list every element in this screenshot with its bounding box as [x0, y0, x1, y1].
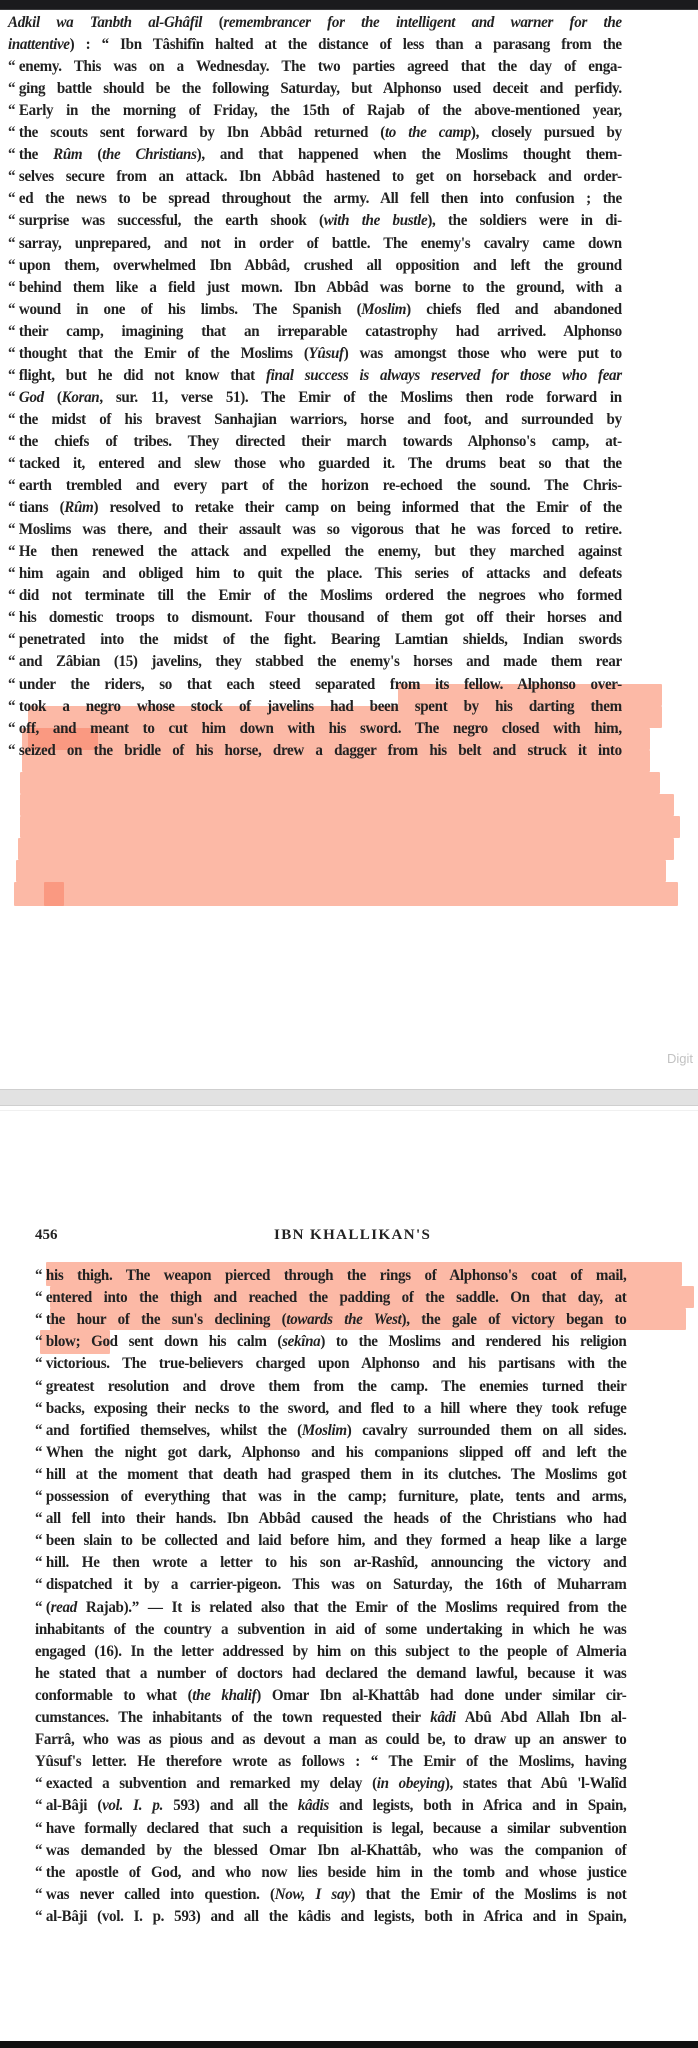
quote-mark: “ — [35, 1863, 42, 1881]
quote-mark: “ — [8, 189, 15, 207]
text-line: Farrâ, who was as pious and as devout a … — [35, 1728, 626, 1750]
text-run: and fortified themselves, whilst the ( — [46, 1421, 302, 1439]
text-run: the scouts sent forward by Ibn Abbâd ret… — [19, 123, 385, 141]
text-line: “God (Koran, sur. 11, verse 51). The Emi… — [8, 386, 622, 408]
text-run: hill at the moment that death had graspe… — [46, 1465, 627, 1483]
italic-text: Adkil wa Tanbth al-Ghâfil — [8, 13, 202, 31]
quote-mark: “ — [35, 1553, 42, 1571]
text-run: the — [19, 145, 53, 163]
quote-mark: “ — [8, 719, 15, 737]
text-run: Moslims was there, and their assault was… — [19, 520, 622, 538]
text-line: “selves secure from an attack. Ibn Abbâd… — [8, 165, 622, 187]
quote-mark: “ — [8, 520, 15, 538]
text-run: ed the news to be spread throughout the … — [19, 189, 622, 207]
quote-mark: “ — [35, 1377, 42, 1395]
text-run: enemy. This was on a Wednesday. The two … — [19, 57, 622, 75]
quote-mark: “ — [8, 586, 15, 604]
text-line: “backs, exposing their necks to the swor… — [35, 1397, 626, 1419]
text-run: flight, but he did not know that — [19, 366, 266, 384]
italic-text: the Christians — [102, 145, 197, 163]
text-line: “took a negro whose stock of javelins ha… — [8, 695, 622, 717]
text-run: the hour of the sun's declining ( — [46, 1310, 286, 1328]
quote-mark: “ — [8, 123, 15, 141]
quote-mark: “ — [8, 366, 15, 384]
text-line: “ging battle should be the following Sat… — [8, 77, 622, 99]
text-line: “hill at the moment that death had grasp… — [35, 1463, 626, 1485]
quote-mark: “ — [35, 1310, 42, 1328]
quote-mark: “ — [35, 1598, 42, 1616]
text-line: “was demanded by the blessed Omar Ibn al… — [35, 1839, 626, 1861]
text-run: the midst of his bravest Sanhajian warri… — [19, 410, 622, 428]
text-line: “entered into the thigh and reached the … — [35, 1286, 626, 1308]
page-separator — [0, 1089, 698, 1106]
text-line: “Moslims was there, and their assault wa… — [8, 518, 622, 540]
running-head: IBN KHALLIKAN'S — [274, 1227, 431, 1244]
quote-mark: “ — [8, 79, 15, 97]
text-run: sarray, unprepared, and not in order of … — [19, 234, 622, 252]
quote-mark: “ — [8, 608, 15, 626]
page-separator-line — [0, 1110, 698, 1111]
text-run: and legists, both in Africa and in Spain… — [329, 1796, 627, 1814]
quote-mark: “ — [35, 1487, 42, 1505]
italic-text: vol. I. p. — [102, 1796, 163, 1814]
text-run: have formally declared that such a requi… — [46, 1819, 627, 1837]
text-run: his domestic troops to dismount. Four th… — [19, 608, 622, 626]
quote-mark: “ — [8, 630, 15, 648]
text-run: seized on the bridle of his horse, drew … — [19, 741, 622, 759]
text-run: conformable to what ( — [35, 1686, 192, 1704]
text-line: “surprise was successful, the earth shoo… — [8, 209, 622, 231]
text-run: ) chiefs fled and abandoned — [406, 300, 622, 318]
text-line: “penetrated into the midst of the fight.… — [8, 628, 622, 650]
text-run: inhabitants of the country a subvention … — [35, 1620, 626, 1638]
italic-text: Yûsuf — [309, 344, 344, 362]
text-line: “and fortified themselves, whilst the (M… — [35, 1419, 626, 1441]
text-run: ), and that happened when the Moslims th… — [197, 145, 622, 163]
text-line: “under the riders, so that each steed se… — [8, 673, 622, 695]
quote-mark: “ — [8, 476, 15, 494]
text-run: blow; God sent down his calm ( — [46, 1332, 282, 1350]
quote-mark: “ — [35, 1399, 42, 1417]
quote-mark: “ — [8, 454, 15, 472]
text-line: “possession of everything that was in th… — [35, 1485, 626, 1507]
text-run: entered into the thigh and reached the p… — [46, 1288, 627, 1306]
text-run: ( — [82, 145, 102, 163]
highlight-annotation[interactable] — [16, 860, 666, 882]
text-run: victorious. The true-believers charged u… — [46, 1354, 627, 1372]
italic-text: Moslim — [361, 300, 406, 318]
text-run: Yûsuf's letter. He therefore wrote as fo… — [35, 1752, 626, 1770]
text-run: He then renewed the attack and expelled … — [19, 542, 622, 560]
highlight-overlap — [44, 882, 64, 906]
text-run: took a negro whose stock of javelins had… — [19, 697, 622, 715]
quote-mark: “ — [8, 388, 15, 406]
quote-mark: “ — [35, 1774, 42, 1792]
text-run: was never called into question. ( — [46, 1885, 275, 1903]
text-line: cumstances. The inhabitants of the town … — [35, 1706, 626, 1728]
quote-mark: “ — [8, 57, 15, 75]
text-line: “Early in the morning of Friday, the 15t… — [8, 99, 622, 121]
quote-mark: “ — [35, 1509, 42, 1527]
italic-text: kâdi — [430, 1708, 455, 1726]
text-run: ) resolved to retake their camp on being… — [93, 498, 621, 516]
viewer-bottom-bar — [0, 2041, 698, 2048]
highlight-annotation[interactable] — [20, 816, 680, 838]
quote-mark: “ — [35, 1266, 42, 1284]
quote-mark: “ — [8, 432, 15, 450]
quote-mark: “ — [8, 145, 15, 163]
quote-mark: “ — [8, 675, 15, 693]
text-line: “exacted a subvention and remarked my de… — [35, 1772, 626, 1794]
text-run: Abû Abd Allah Ibn al- — [456, 1708, 627, 1726]
text-run: ), closely pursued by — [471, 123, 622, 141]
text-run: he stated that a number of doctors had d… — [35, 1664, 626, 1682]
text-line: “their camp, imagining that an irreparab… — [8, 320, 622, 342]
italic-text: final success is always reserved for tho… — [266, 366, 622, 384]
text-run: al-Bâji ( — [46, 1796, 102, 1814]
text-run: been slain to be collected and laid befo… — [46, 1531, 627, 1549]
quote-mark: “ — [8, 234, 15, 252]
text-line: “was never called into question. (Now, I… — [35, 1883, 626, 1905]
quote-mark: “ — [35, 1531, 42, 1549]
text-run: wound in one of his limbs. The Spanish ( — [19, 300, 361, 318]
italic-text: sekîna — [282, 1332, 320, 1350]
text-run: the chiefs of tribes. They directed thei… — [19, 432, 622, 450]
quote-mark: “ — [35, 1443, 42, 1461]
text-run: all fell into their hands. Ibn Abbâd cau… — [46, 1509, 627, 1527]
quote-mark: “ — [8, 564, 15, 582]
italic-text: to the camp — [385, 123, 471, 141]
text-line: “greatest resolution and drove them from… — [35, 1375, 626, 1397]
quote-mark: “ — [8, 322, 15, 340]
quote-mark: “ — [35, 1796, 42, 1814]
italic-text: kâdis — [298, 1796, 329, 1814]
highlight-annotation[interactable] — [18, 838, 674, 860]
text-line: “wound in one of his limbs. The Spanish … — [8, 298, 622, 320]
text-line: “blow; God sent down his calm (sekîna) t… — [35, 1330, 626, 1352]
quote-mark: “ — [35, 1332, 42, 1350]
quote-mark: “ — [35, 1841, 42, 1859]
italic-text: remembrancer for the intelligent and war… — [223, 13, 621, 31]
text-run: penetrated into the midst of the fight. … — [19, 630, 622, 648]
text-line: “When the night got dark, Alphonso and h… — [35, 1441, 626, 1463]
text-line: “flight, but he did not know that final … — [8, 364, 622, 386]
text-line: “been slain to be collected and laid bef… — [35, 1529, 626, 1551]
highlight-annotation[interactable] — [20, 794, 674, 816]
text-run: did not terminate till the Emir of the M… — [19, 586, 622, 604]
italic-text: inattentive — [8, 35, 70, 53]
italic-text: in obeying — [377, 1774, 445, 1792]
text-line: “tacked it, entered and slew those who g… — [8, 452, 622, 474]
text-line: “his thigh. The weapon pierced through t… — [35, 1264, 626, 1286]
text-line: “seized on the bridle of his horse, drew… — [8, 739, 622, 761]
text-line: Adkil wa Tanbth al-Ghâfil (remembrancer … — [8, 11, 622, 33]
highlight-annotation[interactable] — [14, 882, 678, 906]
text-run: Farrâ, who was as pious and as devout a … — [35, 1730, 626, 1748]
italic-text: Now, I say — [275, 1885, 351, 1903]
text-run: ) cavalry surrounded them on all sides. — [347, 1421, 627, 1439]
text-line: engaged (16). In the letter addressed by… — [35, 1640, 626, 1662]
text-run: engaged (16). In the letter addressed by… — [35, 1642, 626, 1660]
italic-text: towards the West — [286, 1310, 401, 1328]
text-line: “the midst of his bravest Sanhajian warr… — [8, 408, 622, 430]
text-run: ), the soldiers were in di- — [427, 211, 621, 229]
text-line: inhabitants of the country a subvention … — [35, 1618, 626, 1640]
text-run: tians ( — [19, 498, 64, 516]
text-run: ging battle should be the following Satu… — [19, 79, 622, 97]
text-run: the apostle of God, and who now lies bes… — [46, 1863, 627, 1881]
text-run: exacted a subvention and remarked my del… — [46, 1774, 377, 1792]
text-run: and Zâbian (15) javelins, they stabbed t… — [19, 652, 622, 670]
quote-mark: “ — [8, 101, 15, 119]
quote-mark: “ — [8, 211, 15, 229]
text-line: “(read Rajab).” — It is related also tha… — [35, 1596, 626, 1618]
text-run: dispatched it by a carrier-pigeon. This … — [46, 1575, 627, 1593]
text-line: “ed the news to be spread throughout the… — [8, 187, 622, 209]
text-run: earth trembled and every part of the hor… — [19, 476, 622, 494]
text-line: “behind them like a field just mown. Ibn… — [8, 276, 622, 298]
quote-mark: “ — [8, 498, 15, 516]
text-line: inattentive) : “ Ibn Tâshifîn halted at … — [8, 33, 622, 55]
text-line: he stated that a number of doctors had d… — [35, 1662, 626, 1684]
text-line: “his domestic troops to dismount. Four t… — [8, 606, 622, 628]
text-run: ), states that Abû 'l-Walîd — [445, 1774, 627, 1792]
text-run: 593) and all the — [163, 1796, 298, 1814]
viewer-top-bar — [0, 0, 698, 10]
text-run: hill. He then wrote a letter to his son … — [46, 1553, 627, 1571]
text-run: selves secure from an attack. Ibn Abbâd … — [19, 167, 622, 185]
text-run: Early in the morning of Friday, the 15th… — [19, 101, 622, 119]
italic-text: Rûm — [53, 145, 82, 163]
text-run: cumstances. The inhabitants of the town … — [35, 1708, 430, 1726]
text-line: conformable to what (the khalif) Omar Ib… — [35, 1684, 626, 1706]
italic-text: God — [19, 388, 44, 406]
text-line: “the apostle of God, and who now lies be… — [35, 1861, 626, 1883]
text-line: “thought that the Emir of the Moslims (Y… — [8, 342, 622, 364]
italic-text: Rûm — [64, 498, 93, 516]
text-line: “earth trembled and every part of the ho… — [8, 474, 622, 496]
quote-mark: “ — [8, 542, 15, 560]
text-run: When the night got dark, Alphonso and hi… — [46, 1443, 627, 1461]
italic-text: read — [51, 1598, 77, 1616]
quote-mark: “ — [8, 278, 15, 296]
text-line: “him again and obliged him to quit the p… — [8, 562, 622, 584]
quote-mark: “ — [35, 1575, 42, 1593]
text-line: “the chiefs of tribes. They directed the… — [8, 430, 622, 452]
text-run: their camp, imagining that an irreparabl… — [19, 322, 622, 340]
quote-mark: “ — [35, 1885, 42, 1903]
text-line: “tians (Rûm) resolved to retake their ca… — [8, 496, 622, 518]
text-run: him again and obliged him to quit the pl… — [19, 564, 622, 582]
text-line: “have formally declared that such a requ… — [35, 1817, 626, 1839]
highlight-annotation[interactable] — [20, 772, 660, 794]
quote-mark: “ — [35, 1819, 42, 1837]
quote-mark: “ — [8, 410, 15, 428]
quote-mark: “ — [8, 741, 15, 759]
text-line: “al-Bâji (vol. I. p. 593) and all the kâ… — [35, 1794, 626, 1816]
quote-mark: “ — [8, 300, 15, 318]
text-run: thought that the Emir of the Moslims ( — [19, 344, 309, 362]
italic-text: the khalif — [192, 1686, 256, 1704]
italic-text: Koran — [62, 388, 100, 406]
text-run: greatest resolution and drove them from … — [46, 1377, 627, 1395]
quote-mark: “ — [8, 167, 15, 185]
text-run: was demanded by the blessed Omar Ibn al-… — [46, 1841, 627, 1859]
text-run: behind them like a field just mown. Ibn … — [19, 278, 622, 296]
text-line: “the hour of the sun's declining (toward… — [35, 1308, 626, 1330]
text-run: possession of everything that was in the… — [46, 1487, 627, 1505]
text-line: “al-Bâji (vol. I. p. 593) and all the kâ… — [35, 1905, 626, 1927]
quote-mark: “ — [35, 1354, 42, 1372]
italic-text: Moslim — [302, 1421, 347, 1439]
text-line: “enemy. This was on a Wednesday. The two… — [8, 55, 622, 77]
page-number: 456 — [35, 1227, 58, 1244]
text-run: ), the gale of victory began to — [402, 1310, 627, 1328]
text-line: “all fell into their hands. Ibn Abbâd ca… — [35, 1507, 626, 1529]
text-line: “sarray, unprepared, and not in order of… — [8, 232, 622, 254]
text-line: “dispatched it by a carrier-pigeon. This… — [35, 1573, 626, 1595]
text-line: “off, and meant to cut him down with his… — [8, 717, 622, 739]
text-line: Yûsuf's letter. He therefore wrote as fo… — [35, 1750, 626, 1772]
viewer-watermark: Digit — [667, 1051, 693, 1066]
text-line: “the Rûm (the Christians), and that happ… — [8, 143, 622, 165]
text-run: , sur. 11, verse 51). The Emir of the Mo… — [99, 388, 621, 406]
text-run: backs, exposing their necks to the sword… — [46, 1399, 627, 1417]
text-line: “did not terminate till the Emir of the … — [8, 584, 622, 606]
text-run: al-Bâji (vol. I. p. 593) and all the kâd… — [46, 1907, 627, 1925]
text-line: “hill. He then wrote a letter to his son… — [35, 1551, 626, 1573]
text-run: tacked it, entered and slew those who gu… — [19, 454, 622, 472]
text-line: “the scouts sent forward by Ibn Abbâd re… — [8, 121, 622, 143]
text-run: Rajab).” — It is related also that the E… — [77, 1598, 627, 1616]
text-line: “upon them, overwhelmed Ibn Abbâd, crush… — [8, 254, 622, 276]
text-run: ) : “ Ibn Tâshifîn halted at the distanc… — [70, 35, 622, 53]
text-line: “He then renewed the attack and expelled… — [8, 540, 622, 562]
text-run: under the riders, so that each steed sep… — [19, 675, 622, 693]
quote-mark: “ — [8, 697, 15, 715]
text-run: ) to the Moslims and rendered his religi… — [320, 1332, 626, 1350]
text-run: his thigh. The weapon pierced through th… — [46, 1266, 627, 1284]
quote-mark: “ — [8, 256, 15, 274]
italic-text: with the bustle — [324, 211, 428, 229]
text-line: “victorious. The true-believers charged … — [35, 1352, 626, 1374]
text-run: ( — [202, 13, 223, 31]
text-run: ) Omar Ibn al-Khattâb had done under sim… — [256, 1686, 626, 1704]
text-run: ) that the Emir of the Moslims is not — [351, 1885, 627, 1903]
quote-mark: “ — [8, 652, 15, 670]
quote-mark: “ — [35, 1465, 42, 1483]
quote-mark: “ — [35, 1421, 42, 1439]
text-run: ( — [44, 388, 62, 406]
text-line: “and Zâbian (15) javelins, they stabbed … — [8, 650, 622, 672]
text-run: surprise was successful, the earth shook… — [19, 211, 324, 229]
text-run: off, and meant to cut him down with his … — [19, 719, 622, 737]
quote-mark: “ — [8, 344, 15, 362]
quote-mark: “ — [35, 1288, 42, 1306]
text-run: upon them, overwhelmed Ibn Abbâd, crushe… — [19, 256, 622, 274]
text-run: ) was amongst those who were put to — [344, 344, 622, 362]
quote-mark: “ — [35, 1907, 42, 1925]
